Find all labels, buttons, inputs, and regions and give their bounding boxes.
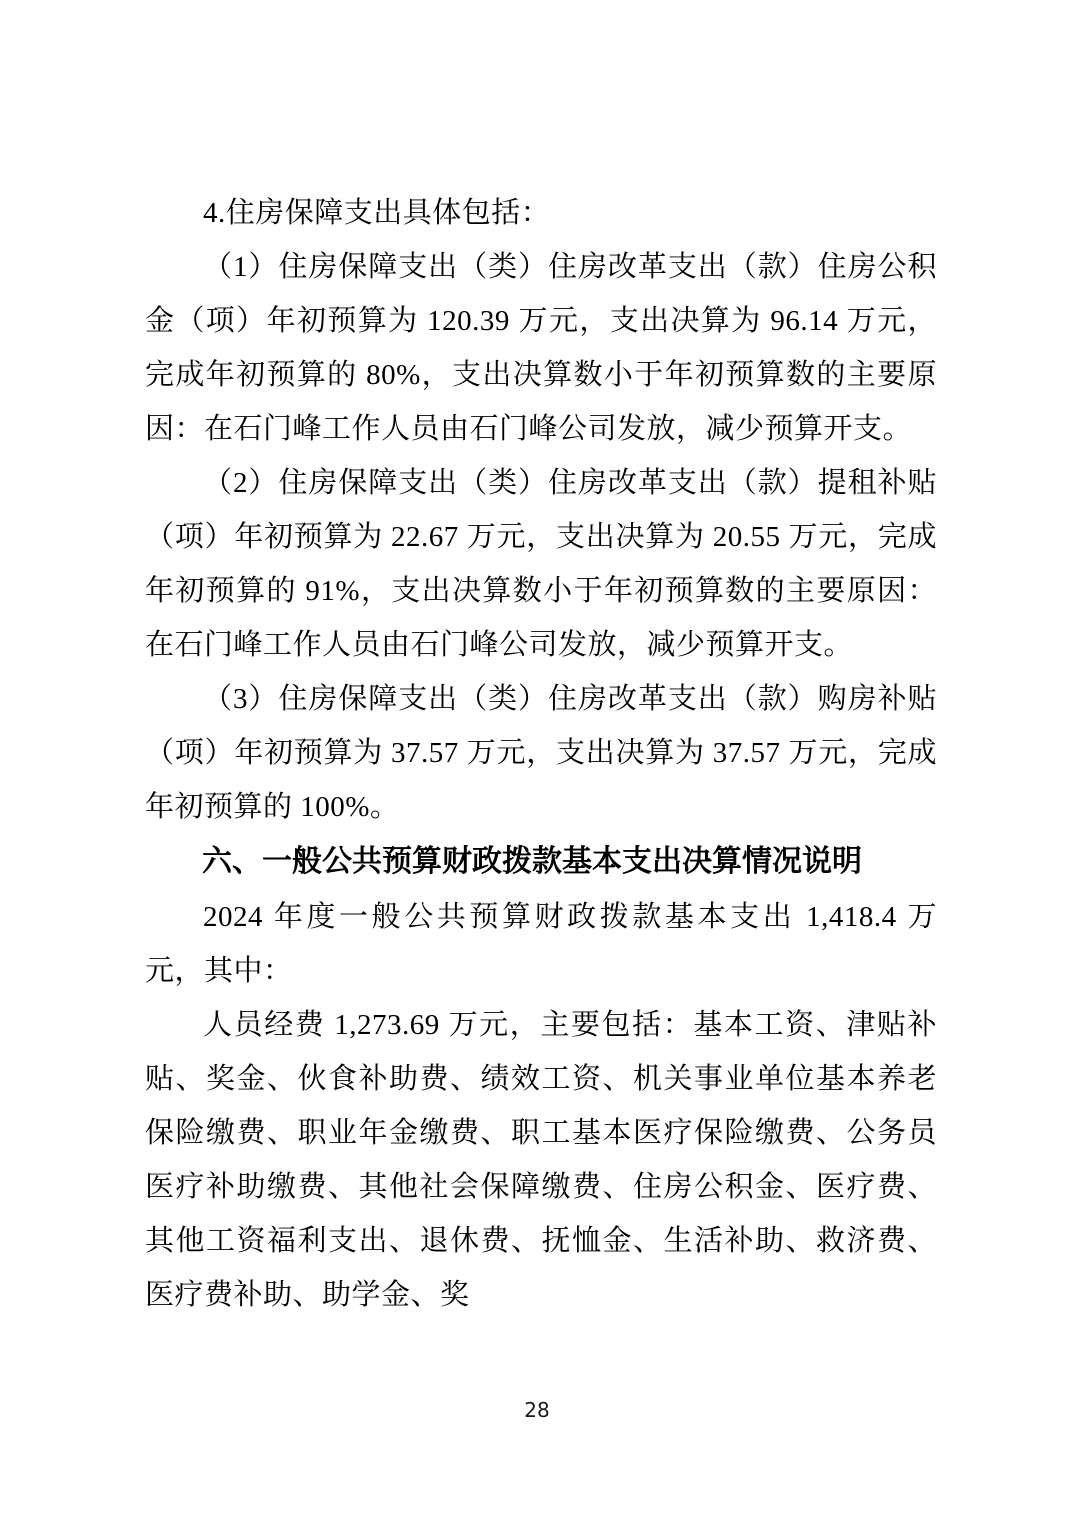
- page-number: 28: [524, 1398, 549, 1422]
- paragraph-rent-subsidy-item2: （2）住房保障支出（类）住房改革支出（款）提租补贴（项）年初预算为 22.67 …: [145, 456, 937, 672]
- section-heading-six-basic-expenditure: 六、一般公共预算财政拨款基本支出决算情况说明: [145, 834, 937, 890]
- paragraph-purchase-subsidy-item3: （3）住房保障支出（类）住房改革支出（款）购房补贴（项）年初预算为 37.57 …: [145, 672, 937, 834]
- paragraph-2024-basic-expenditure-total: 2024 年度一般公共预算财政拨款基本支出 1,418.4 万元，其中：: [145, 890, 937, 998]
- document-body: 4.住房保障支出具体包括： （1）住房保障支出（类）住房改革支出（款）住房公积金…: [145, 186, 937, 1322]
- page-footer: 28: [0, 1398, 1074, 1422]
- paragraph-personnel-expenses: 人员经费 1,273.69 万元，主要包括：基本工资、津贴补贴、奖金、伙食补助费…: [145, 998, 937, 1322]
- document-page: 4.住房保障支出具体包括： （1）住房保障支出（类）住房改革支出（款）住房公积金…: [0, 0, 1074, 1520]
- paragraph-housing-fund-item1: （1）住房保障支出（类）住房改革支出（款）住房公积金（项）年初预算为 120.3…: [145, 240, 937, 456]
- paragraph-housing-includes-intro: 4.住房保障支出具体包括：: [145, 186, 937, 240]
